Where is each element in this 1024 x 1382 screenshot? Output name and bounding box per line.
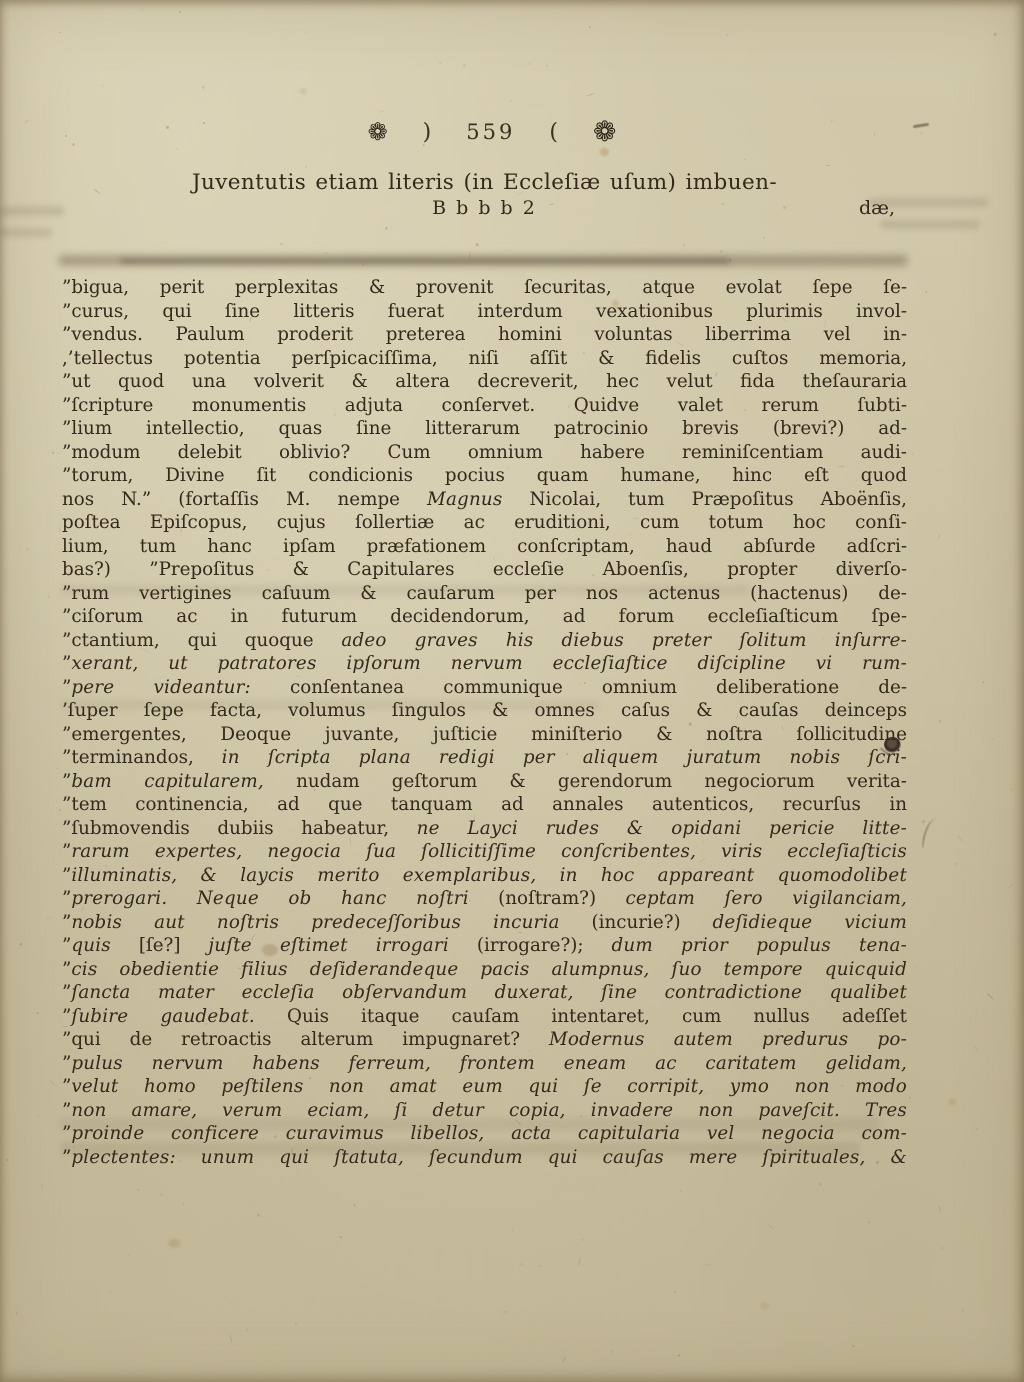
text-line: ’ſuper ſepe facta, volumus ſingulos & om…: [62, 699, 907, 723]
text-line: lium, tum hanc ipſam præfationem conſcri…: [62, 535, 907, 559]
text-line: ”quis [ſe?] juſte eſtimet irrogari (irro…: [62, 934, 907, 958]
text-line: ”non amare, verum eciam, ſi detur copia,…: [62, 1099, 907, 1123]
text-line: ”curus, qui ſine litteris fuerat interdu…: [62, 300, 907, 324]
catchword: dæ,: [859, 197, 895, 219]
text-line: ”illuminatis, & laycis merito exemplarib…: [62, 864, 907, 888]
text-line: ”modum delebit oblivio? Cum omnium haber…: [62, 441, 907, 465]
foxing-spot: [168, 1238, 181, 1248]
text-line: ”ciſorum ac in futurum decidendorum, ad …: [62, 605, 907, 629]
text-line: ”tem continencia, ad que tanquam ad anna…: [62, 793, 907, 817]
text-line: ”vendus. Paulum proderit preterea homini…: [62, 323, 907, 347]
foxing-spot: [300, 88, 307, 94]
pen-mark: [920, 817, 939, 851]
show-through-band: [120, 258, 730, 264]
text-line: bas?) ”Prepoſitus & Capitulares eccleſie…: [62, 558, 907, 582]
page-number: 559: [466, 120, 515, 144]
floral-ornament-icon: ❁: [368, 120, 389, 144]
text-line: ”torum, Divine ſit condicionis pocius qu…: [62, 464, 907, 488]
text-line: ”bigua, perit perplexitas & provenit ſec…: [62, 276, 907, 300]
gathering-signature: B b b b 2: [432, 197, 537, 219]
text-line: ”xerant, ut patratores ipſorum nervum ec…: [62, 652, 907, 676]
text-line: ”lium intellectio, quas ſine litterarum …: [62, 417, 907, 441]
text-block: ”bigua, perit perplexitas & provenit ſec…: [62, 276, 907, 1169]
text-line: ”pulus nervum habens ferreum, frontem en…: [62, 1052, 907, 1076]
text-line: ”ut quod una volverit & altera decreveri…: [62, 370, 907, 394]
text-line: ”rarum expertes, negocia ſua ſollicitiſſ…: [62, 840, 907, 864]
folio-row: ❁ ) 559 ( ❁: [70, 118, 915, 146]
section-title: Juventutis etiam literis (in Eccleſiæ uſ…: [62, 170, 907, 195]
text-line: nos N.” (fortaſſis M. nempe Magnus Nicol…: [62, 488, 907, 512]
show-through-smudge: [0, 228, 52, 237]
floral-ornament-icon: ❁: [593, 118, 617, 146]
text-line: ”qui de retroactis alterum impugnaret? M…: [62, 1028, 907, 1052]
text-line: poſtea Epiſcopus, cujus ſollertiæ ac eru…: [62, 511, 907, 535]
page-header: ❁ ) 559 ( ❁ Juventutis etiam literis (in…: [62, 118, 907, 225]
signature-row: B b b b 2 dæ,: [62, 197, 907, 225]
text-line: ”ſubmovendis dubiis habeatur, ne Layci r…: [62, 817, 907, 841]
pen-mark: [913, 123, 929, 128]
text-line: ”bam capitularem, nudam geſtorum & geren…: [62, 770, 907, 794]
text-line: ”ſcripture monumentis adjuta conſervet. …: [62, 394, 907, 418]
text-line: ”emergentes, Deoque juvante, juſticie mi…: [62, 723, 907, 747]
text-line: ”terminandos, in ſcripta plana redigi pe…: [62, 746, 907, 770]
foxing-spot: [948, 1098, 956, 1106]
scanned-page: ❁ ) 559 ( ❁ Juventutis etiam literis (in…: [0, 0, 1024, 1382]
text-line: ”velut homo peſtilens non amat eum qui ſ…: [62, 1075, 907, 1099]
text-line: ”prerogari. Neque ob hanc noſtri (noſtra…: [62, 887, 907, 911]
show-through-band: [58, 255, 908, 266]
text-line: ”rum vertigines caſuum & cauſarum per no…: [62, 582, 907, 606]
folio-bracket-right: (: [549, 120, 559, 145]
text-line: ”nobis aut noſtris predeceſſoribus incur…: [62, 911, 907, 935]
text-line: ”ſubire gaudebat. Quis itaque cauſam int…: [62, 1005, 907, 1029]
text-line: ”cis obedientie filius deſiderandeque pa…: [62, 958, 907, 982]
show-through-smudge: [0, 206, 64, 216]
text-line: ”ctantium, qui quoque adeo graves his di…: [62, 629, 907, 653]
text-line: ”ſancta mater eccleſia obſervandum duxer…: [62, 981, 907, 1005]
folio-bracket-left: ): [423, 120, 433, 145]
text-line: ”pere videantur: conſentanea communique …: [62, 676, 907, 700]
foxing-spot: [760, 1302, 769, 1310]
text-line: ”plectentes: unum qui ſtatuta, ſecundum …: [62, 1146, 907, 1170]
text-line: ,’tellectus potentia perſpicaciſſima, ni…: [62, 347, 907, 371]
text-line: ”proinde conficere curavimus libellos, a…: [62, 1122, 907, 1146]
